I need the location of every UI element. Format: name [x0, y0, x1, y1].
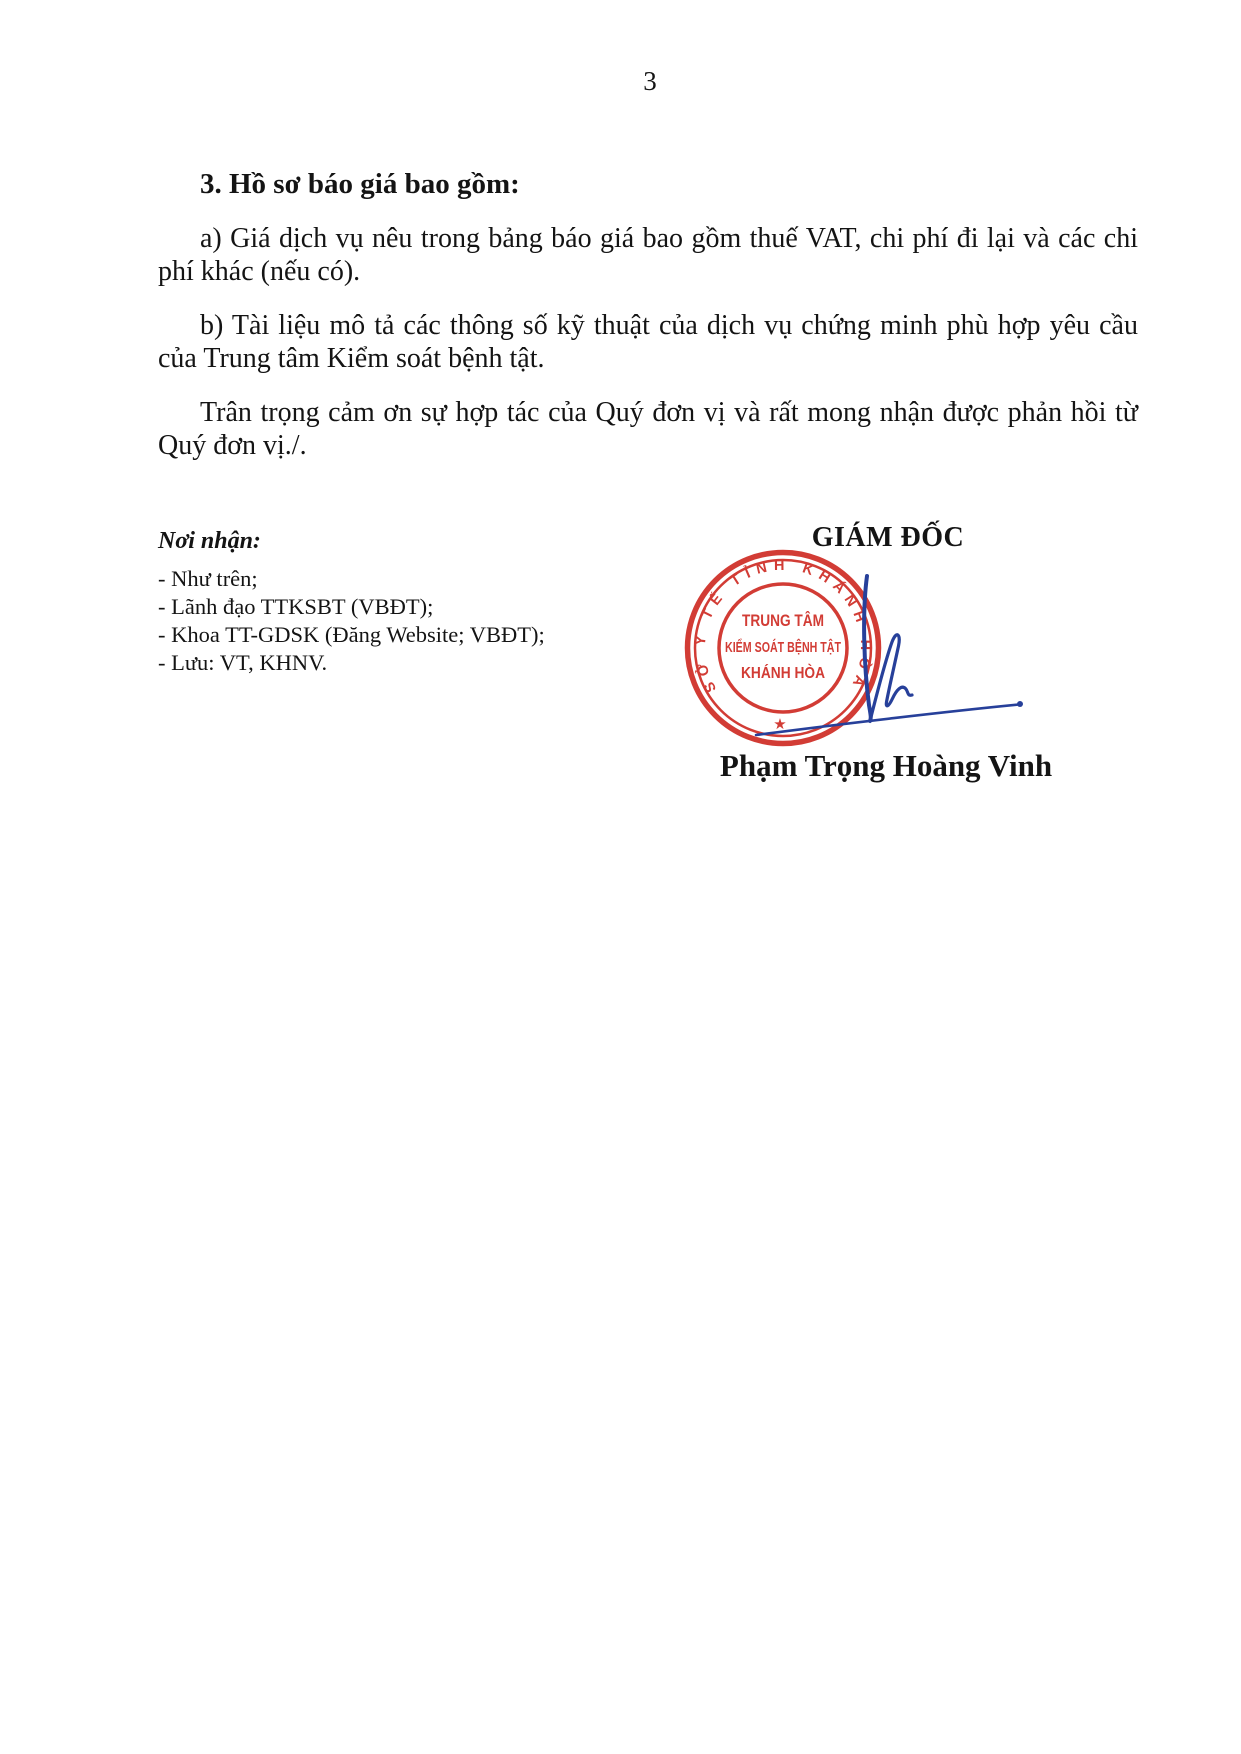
signature-loop-stroke	[870, 635, 912, 721]
document-body: 3. Hồ sơ báo giá bao gồm: a) Giá dịch vụ…	[158, 168, 1138, 483]
recipient-item: - Như trên;	[158, 565, 628, 593]
signer-name: Phạm Trọng Hoàng Vinh	[710, 748, 1062, 784]
document-page: 3 3. Hồ sơ báo giá bao gồm: a) Giá dịch …	[0, 0, 1241, 1754]
signature-end-dot	[1017, 701, 1023, 707]
section-heading: 3. Hồ sơ báo giá bao gồm:	[158, 168, 1138, 201]
recipient-item: - Khoa TT-GDSK (Đăng Website; VBĐT);	[158, 621, 628, 649]
signature-stem-stroke	[864, 576, 871, 721]
handwritten-signature-icon	[730, 555, 1040, 745]
signature-underline-stroke	[756, 705, 1019, 736]
paragraph-a: a) Giá dịch vụ nêu trong bảng báo giá ba…	[158, 222, 1138, 288]
page-number: 3	[160, 66, 1140, 97]
recipients-label: Nơi nhận:	[158, 528, 628, 555]
paragraph-b: b) Tài liệu mô tả các thông số kỹ thuật …	[158, 309, 1138, 375]
recipient-item: - Lưu: VT, KHNV.	[158, 649, 628, 677]
recipients-list: - Như trên; - Lãnh đạo TTKSBT (VBĐT); - …	[158, 565, 628, 677]
paragraph-closing: Trân trọng cảm ơn sự hợp tác của Quý đơn…	[158, 396, 1138, 462]
recipient-item: - Lãnh đạo TTKSBT (VBĐT);	[158, 593, 628, 621]
recipients-block: Nơi nhận: - Như trên; - Lãnh đạo TTKSBT …	[158, 528, 628, 677]
